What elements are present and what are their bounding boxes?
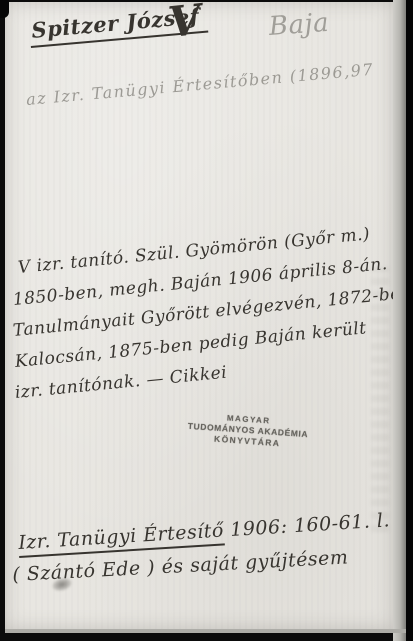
scan-corner-mark	[0, 0, 9, 18]
source-pages: 1906: 160-61. l.	[223, 509, 390, 541]
check-mark: V	[166, 0, 204, 47]
bleed-through-ghost	[371, 267, 389, 532]
card-edge-bottom	[5, 629, 406, 633]
pencil-note-line: az Izr. Tanügyi Értesítőben (1896,97	[25, 60, 374, 109]
card-edge-shadow	[393, 0, 406, 641]
library-stamp: MAGYAR TUDOMÁNYOS AKADÉMIA KÖNYVTÁRA	[172, 409, 324, 452]
place-name: Baja	[268, 8, 330, 42]
scan-border-right	[406, 0, 413, 641]
paper-card: Spitzer József V Baja az Izr. Tanügyi Ér…	[5, 2, 393, 629]
source-title: Izr. Tanügyi Értesítő	[18, 519, 225, 558]
scanned-archive-card: Spitzer József V Baja az Izr. Tanügyi Ér…	[0, 0, 413, 641]
